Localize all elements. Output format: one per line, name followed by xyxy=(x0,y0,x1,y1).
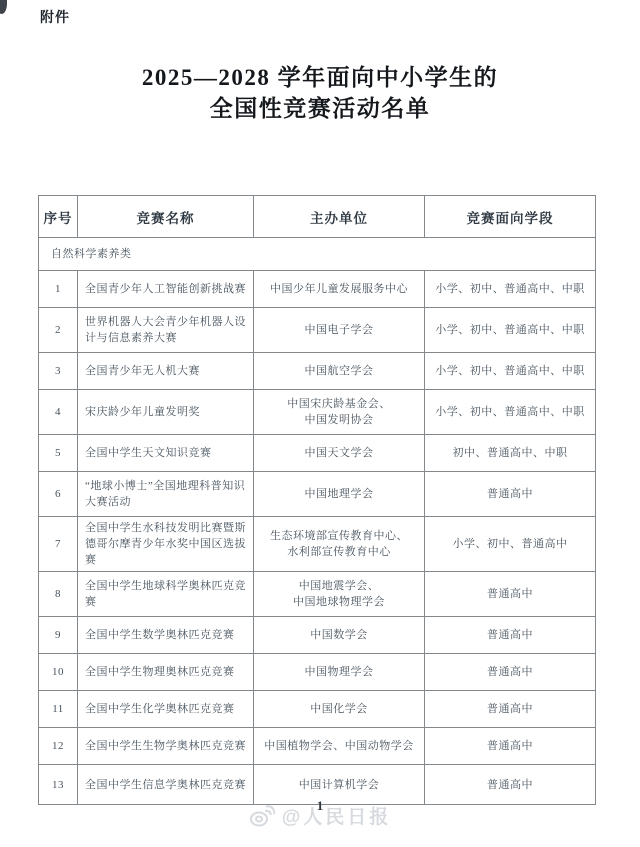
page-title-line2: 全国性竞赛活动名单 xyxy=(0,93,640,124)
cell-no: 4 xyxy=(39,390,78,435)
cell-name: 全国青少年人工智能创新挑战赛 xyxy=(78,271,254,308)
cell-name: “地球小博士”全国地理科普知识大赛活动 xyxy=(78,472,254,517)
cell-organizer: 生态环境部宣传教育中心、 水利部宣传教育中心 xyxy=(254,517,425,572)
cell-organizer: 中国物理学会 xyxy=(254,654,425,691)
cell-no: 11 xyxy=(39,691,78,728)
cell-no: 7 xyxy=(39,517,78,572)
cell-organizer: 中国植物学会、中国动物学会 xyxy=(254,728,425,765)
page-title-line1: 2025—2028 学年面向中小学生的 xyxy=(0,62,640,93)
cell-stages: 普通高中 xyxy=(425,691,596,728)
cell-no: 9 xyxy=(39,617,78,654)
cell-no: 3 xyxy=(39,353,78,390)
competitions-table: 序号 竞赛名称 主办单位 竞赛面向学段 自然科学素养类 1 全国青少年人工智能创… xyxy=(38,195,596,805)
cell-name: 全国青少年无人机大赛 xyxy=(78,353,254,390)
cell-name: 全国中学生数学奥林匹克竞赛 xyxy=(78,617,254,654)
table-row: 8 全国中学生地球科学奥林匹克竞赛 中国地震学会、 中国地球物理学会 普通高中 xyxy=(39,572,596,617)
cell-organizer: 中国电子学会 xyxy=(254,308,425,353)
cell-no: 6 xyxy=(39,472,78,517)
section-row: 自然科学素养类 xyxy=(39,238,596,271)
cell-stages: 普通高中 xyxy=(425,654,596,691)
cell-stages: 小学、初中、普通高中、中职 xyxy=(425,353,596,390)
header-organizer: 主办单位 xyxy=(254,196,425,238)
cell-organizer: 中国化学会 xyxy=(254,691,425,728)
cell-organizer: 中国地理学会 xyxy=(254,472,425,517)
table-row: 2 世界机器人大会青少年机器人设计与信息素养大赛 中国电子学会 小学、初中、普通… xyxy=(39,308,596,353)
table-row: 11 全国中学生化学奥林匹克竞赛 中国化学会 普通高中 xyxy=(39,691,596,728)
cell-name: 全国中学生地球科学奥林匹克竞赛 xyxy=(78,572,254,617)
cell-no: 8 xyxy=(39,572,78,617)
cell-stages: 小学、初中、普通高中、中职 xyxy=(425,308,596,353)
cell-stages: 普通高中 xyxy=(425,728,596,765)
scan-artifact xyxy=(0,0,7,14)
cell-name: 全国中学生物理奥林匹克竞赛 xyxy=(78,654,254,691)
table-row: 7 全国中学生水科技发明比赛暨斯德哥尔摩青少年水奖中国区选拔赛 生态环境部宣传教… xyxy=(39,517,596,572)
table-row: 6 “地球小博士”全国地理科普知识大赛活动 中国地理学会 普通高中 xyxy=(39,472,596,517)
cell-stages: 普通高中 xyxy=(425,572,596,617)
cell-no: 1 xyxy=(39,271,78,308)
cell-organizer: 中国少年儿童发展服务中心 xyxy=(254,271,425,308)
attachment-label: 附件 xyxy=(40,7,70,27)
table-row: 10 全国中学生物理奥林匹克竞赛 中国物理学会 普通高中 xyxy=(39,654,596,691)
cell-no: 5 xyxy=(39,435,78,472)
cell-stages: 小学、初中、普通高中 xyxy=(425,517,596,572)
table-row: 12 全国中学生生物学奥林匹克竞赛 中国植物学会、中国动物学会 普通高中 xyxy=(39,728,596,765)
cell-no: 12 xyxy=(39,728,78,765)
cell-name: 宋庆龄少年儿童发明奖 xyxy=(78,390,254,435)
cell-organizer: 中国数学会 xyxy=(254,617,425,654)
cell-stages: 小学、初中、普通高中、中职 xyxy=(425,390,596,435)
cell-name: 世界机器人大会青少年机器人设计与信息素养大赛 xyxy=(78,308,254,353)
header-name: 竞赛名称 xyxy=(78,196,254,238)
cell-name: 全国中学生化学奥林匹克竞赛 xyxy=(78,691,254,728)
table-row: 3 全国青少年无人机大赛 中国航空学会 小学、初中、普通高中、中职 xyxy=(39,353,596,390)
table-header-row: 序号 竞赛名称 主办单位 竞赛面向学段 xyxy=(39,196,596,238)
cell-organizer: 中国地震学会、 中国地球物理学会 xyxy=(254,572,425,617)
cell-no: 10 xyxy=(39,654,78,691)
cell-no: 2 xyxy=(39,308,78,353)
cell-stages: 小学、初中、普通高中、中职 xyxy=(425,271,596,308)
table-row: 5 全国中学生天文知识竞赛 中国天文学会 初中、普通高中、中职 xyxy=(39,435,596,472)
table-row: 4 宋庆龄少年儿童发明奖 中国宋庆龄基金会、 中国发明协会 小学、初中、普通高中… xyxy=(39,390,596,435)
cell-organizer: 中国宋庆龄基金会、 中国发明协会 xyxy=(254,390,425,435)
table-row: 9 全国中学生数学奥林匹克竞赛 中国数学会 普通高中 xyxy=(39,617,596,654)
cell-stages: 普通高中 xyxy=(425,472,596,517)
cell-organizer: 中国航空学会 xyxy=(254,353,425,390)
cell-organizer: 中国天文学会 xyxy=(254,435,425,472)
cell-name: 全国中学生水科技发明比赛暨斯德哥尔摩青少年水奖中国区选拔赛 xyxy=(78,517,254,572)
page-title: 2025—2028 学年面向中小学生的 全国性竞赛活动名单 xyxy=(0,62,640,124)
section-label: 自然科学素养类 xyxy=(39,238,596,271)
header-no: 序号 xyxy=(39,196,78,238)
cell-name: 全国中学生生物学奥林匹克竞赛 xyxy=(78,728,254,765)
cell-name: 全国中学生天文知识竞赛 xyxy=(78,435,254,472)
table-row: 1 全国青少年人工智能创新挑战赛 中国少年儿童发展服务中心 小学、初中、普通高中… xyxy=(39,271,596,308)
header-stages: 竞赛面向学段 xyxy=(425,196,596,238)
cell-stages: 初中、普通高中、中职 xyxy=(425,435,596,472)
page-number: 1 xyxy=(0,798,640,814)
cell-stages: 普通高中 xyxy=(425,617,596,654)
